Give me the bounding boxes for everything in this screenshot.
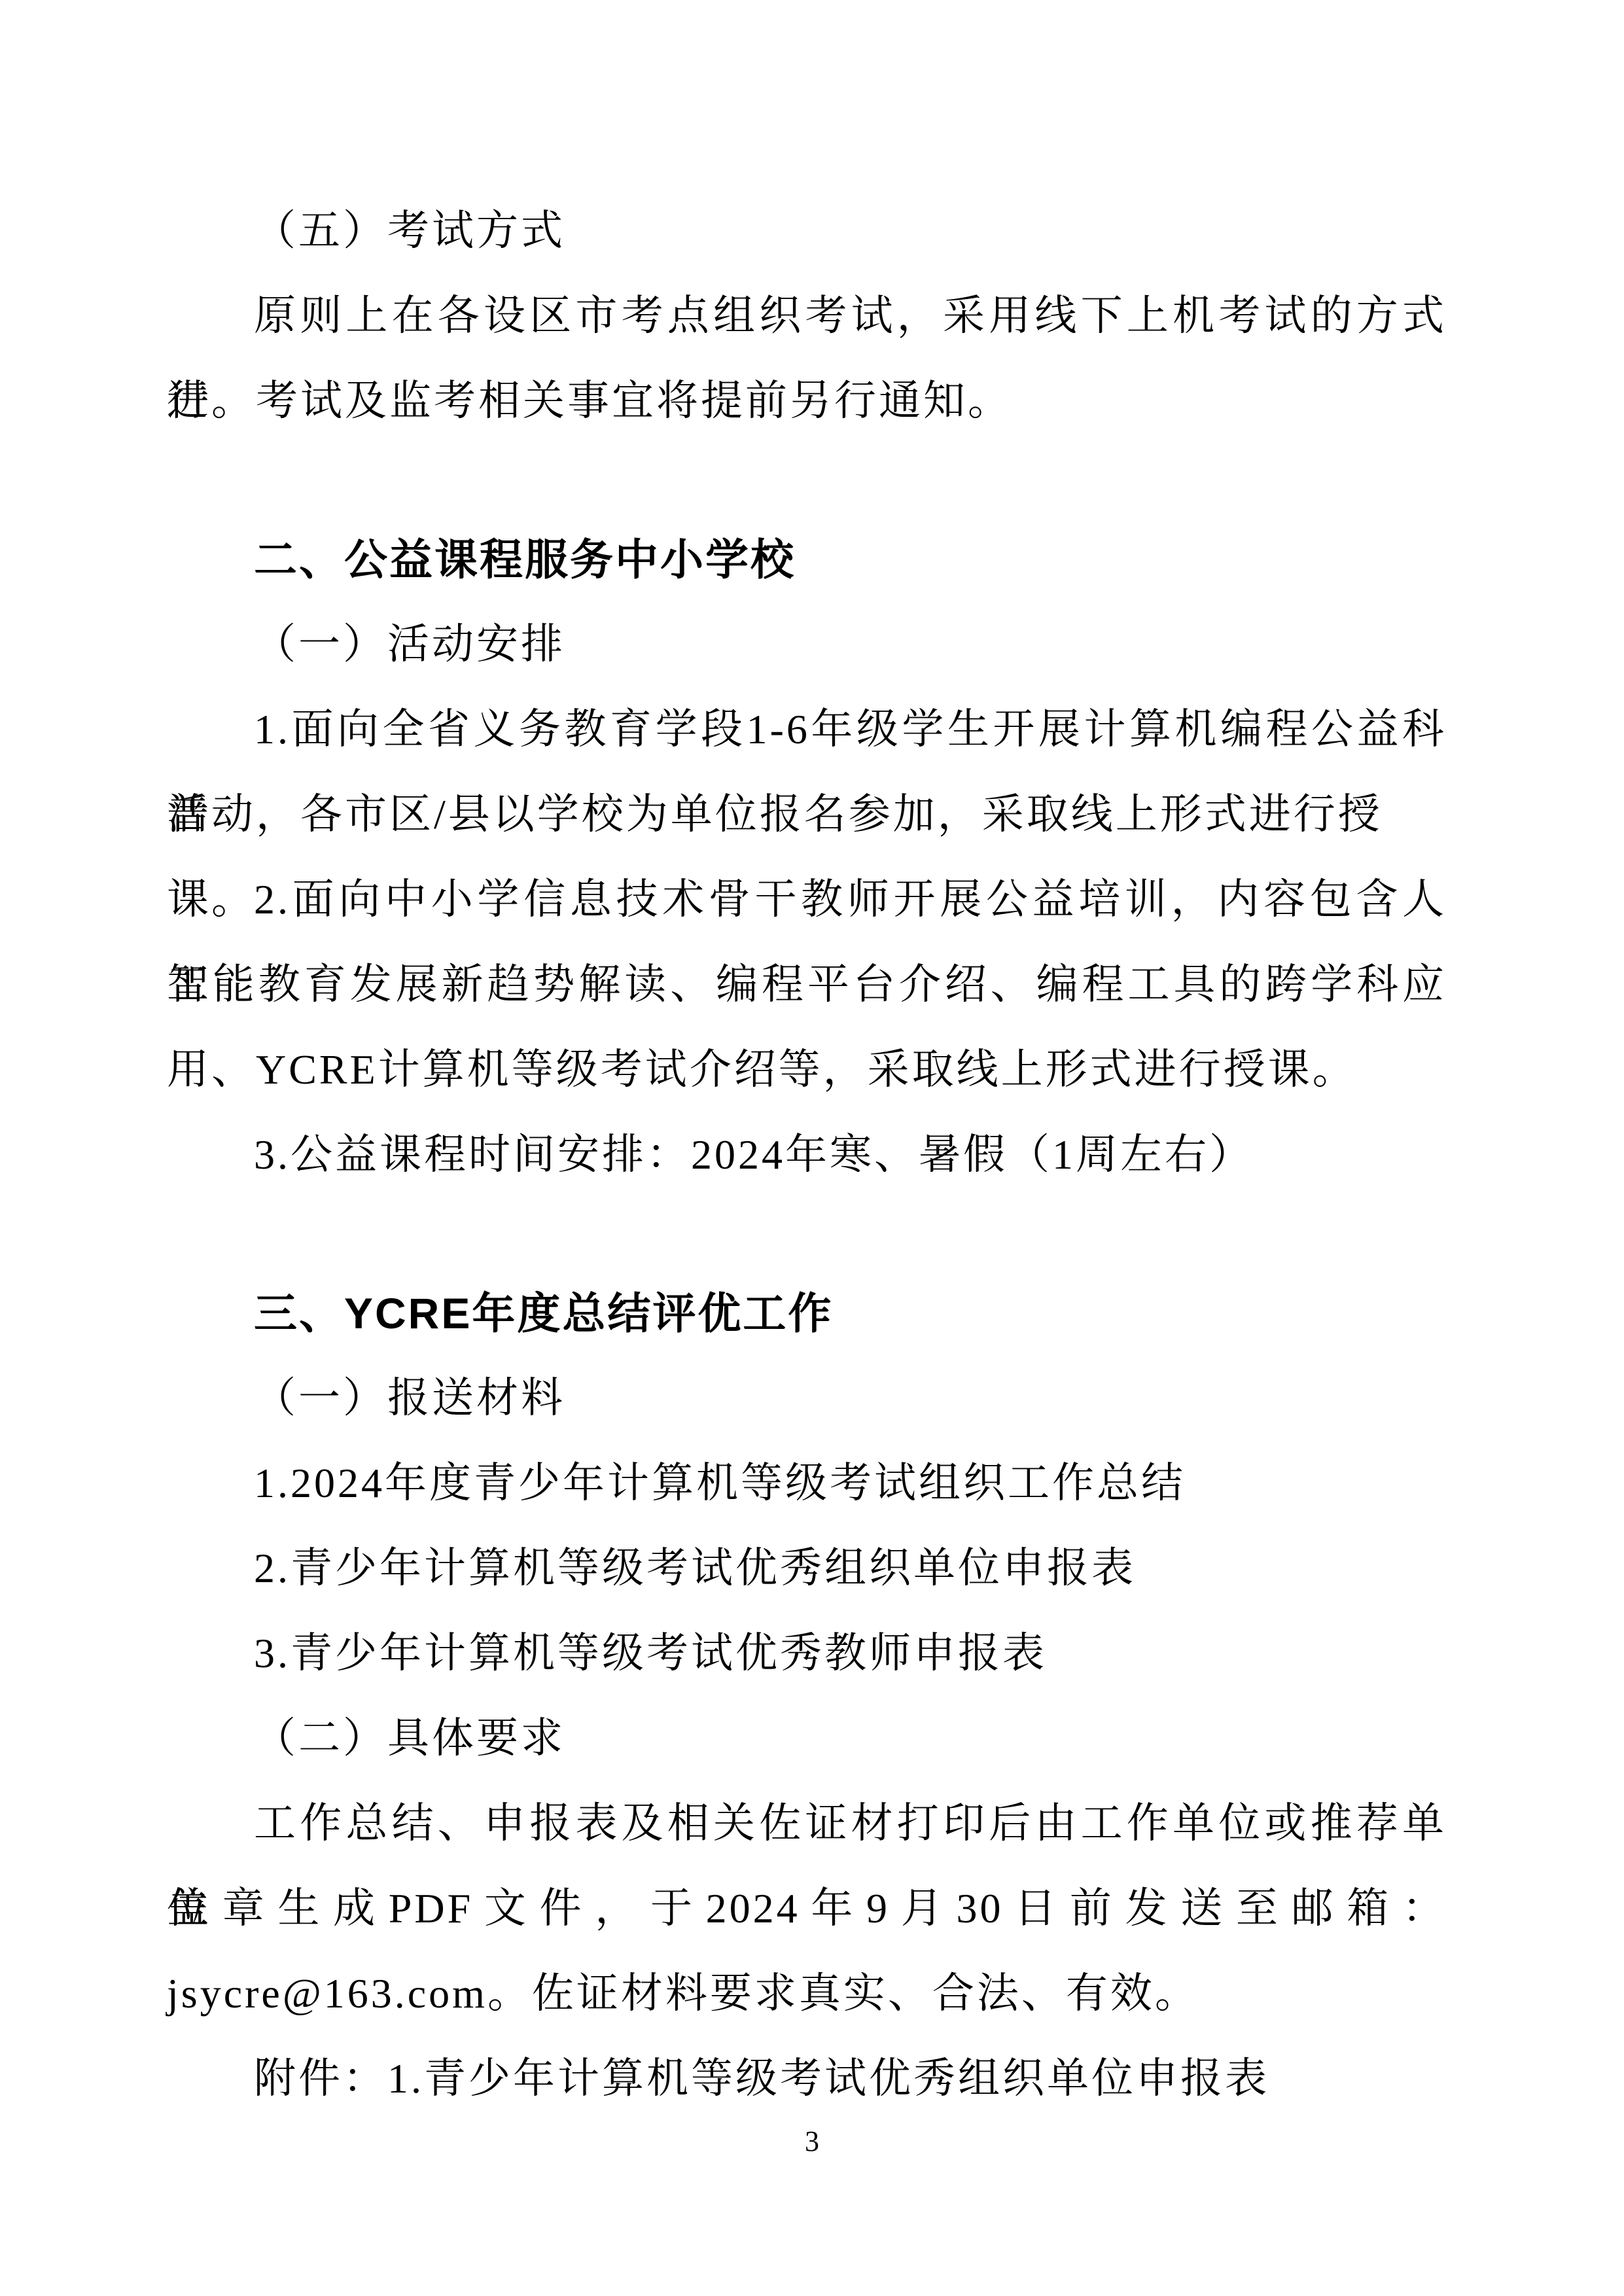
page-number: 3	[0, 2122, 1624, 2161]
blank-line	[167, 444, 1447, 517]
list-item: 1.2024年度青少年计算机等级考试组织工作总结	[167, 1441, 1447, 1526]
paragraph-line: 盖章生成PDF文件，于2024年9月30日前发送至邮箱：	[167, 1866, 1447, 1951]
paragraph-line: 用、YCRE计算机等级考试介绍等，采取线上形式进行授课。	[167, 1027, 1447, 1112]
attachment-line: 附件：1.青少年计算机等级考试优秀组织单位申报表	[167, 2036, 1447, 2121]
paragraph-line: 3.公益课程时间安排：2024年寒、暑假（1周左右）	[167, 1112, 1447, 1197]
section-heading-public-courses: 二、公益课程服务中小学校	[167, 517, 1447, 602]
document-page: （五）考试方式 原则上在各设区市考点组织考试，采用线下上机考试的方式进 行。考试…	[0, 0, 1624, 2296]
subsection-heading-activity-plan: （一）活动安排	[167, 602, 1447, 687]
paragraph-line-email: jsycre@163.com。佐证材料要求真实、合法、有效。	[167, 1951, 1447, 2036]
list-item: 2.青少年计算机等级考试优秀组织单位申报表	[167, 1526, 1447, 1611]
subsection-heading-requirements: （二）具体要求	[167, 1696, 1447, 1781]
paragraph-line: 活动，各市区/县以学校为单位报名参加，采取线上形式进行授课。	[167, 772, 1447, 857]
paragraph-line: 2.面向中小学信息技术骨干教师开展公益培训，内容包含人工	[167, 857, 1447, 942]
paragraph-line: 智能教育发展新趋势解读、编程平台介绍、编程工具的跨学科应	[167, 942, 1447, 1027]
blank-line	[167, 1197, 1447, 1271]
document-body: （五）考试方式 原则上在各设区市考点组织考试，采用线下上机考试的方式进 行。考试…	[167, 188, 1447, 2121]
section-heading-annual-summary: 三、YCRE年度总结评优工作	[167, 1271, 1447, 1356]
paragraph-line: 1.面向全省义务教育学段1-6年级学生开展计算机编程公益科普	[167, 687, 1447, 772]
paragraph-line: 原则上在各设区市考点组织考试，采用线下上机考试的方式进	[167, 274, 1447, 359]
list-item: 3.青少年计算机等级考试优秀教师申报表	[167, 1611, 1447, 1696]
paragraph-line: 行。考试及监考相关事宜将提前另行通知。	[167, 359, 1447, 444]
subsection-heading-exam-method: （五）考试方式	[167, 188, 1447, 274]
subsection-heading-materials: （一）报送材料	[167, 1356, 1447, 1441]
paragraph-line: 工作总结、申报表及相关佐证材打印后由工作单位或推荐单位	[167, 1781, 1447, 1866]
